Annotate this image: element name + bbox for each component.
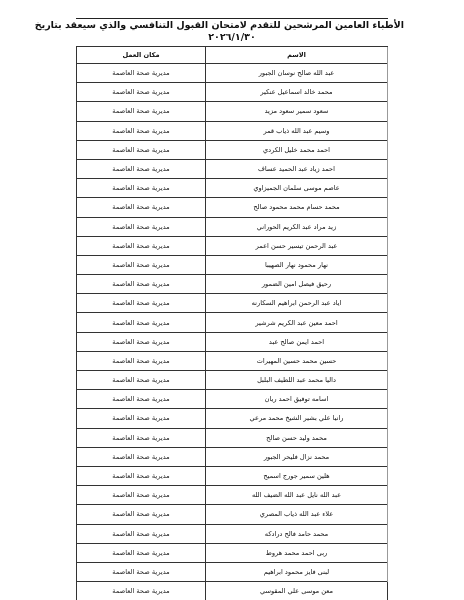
table-row: سعود سمير سعود مزيدمديرية صحة العاصمة [77,102,388,121]
cell-workplace: مديرية صحة العاصمة [77,486,206,505]
cell-name: ربى احمد محمد هروط [206,543,388,562]
cell-name: وسيم عبد الله ذياب قمر [206,121,388,140]
table-body: عبد الله صالح نوسان الجبورمديرية صحة الع… [77,64,388,600]
cell-workplace: مديرية صحة العاصمة [77,582,206,600]
cell-name: هلين سمير جورج اسميح [206,466,388,485]
cell-workplace: مديرية صحة العاصمة [77,121,206,140]
column-header-name: الاسم [206,47,388,64]
cell-workplace: مديرية صحة العاصمة [77,313,206,332]
table-row: اياد عبد الرحمن ابراهيم السكارنهمديرية ص… [77,294,388,313]
cell-workplace: مديرية صحة العاصمة [77,505,206,524]
table-row: احمد ايمن صالح عبدمديرية صحة العاصمة [77,332,388,351]
table-row: لبنى فايز محمود ابراهيممديرية صحة العاصم… [77,562,388,581]
cell-name: عبد الله نايل عبد الله الضيف الله [206,486,388,505]
cell-name: محمد خالد اسماعيل عنكير [206,83,388,102]
cell-name: داليا محمد عبد اللطيف البلبل [206,371,388,390]
cell-workplace: مديرية صحة العاصمة [77,524,206,543]
table-edge-shadow [387,47,388,582]
table-header-row: الاسم مكان العمل [77,47,388,64]
cell-name: اياد عبد الرحمن ابراهيم السكارنه [206,294,388,313]
table-row: عبد الرحمن تيسير حسن اعمرمديرية صحة العا… [77,236,388,255]
cell-workplace: مديرية صحة العاصمة [77,140,206,159]
cell-name: سعود سمير سعود مزيد [206,102,388,121]
candidates-table: الاسم مكان العمل عبد الله صالح نوسان الج… [76,46,388,600]
table-row: محمد نزال فليحر الجبورمديرية صحة العاصمة [77,447,388,466]
table-row: زيد مراد عبد الكريم الحورانيمديرية صحة ا… [77,217,388,236]
table-row: معن موسى علي المقوسيمديرية صحة العاصمة [77,582,388,600]
column-header-workplace: مكان العمل [77,47,206,64]
cell-name: معن موسى علي المقوسي [206,582,388,600]
cell-workplace: مديرية صحة العاصمة [77,179,206,198]
cell-name: محمد حسام محمد محمود صالح [206,198,388,217]
cell-name: احمد زياد عبد الحميد عساف [206,159,388,178]
cell-workplace: مديرية صحة العاصمة [77,447,206,466]
cell-name: عبد الرحمن تيسير حسن اعمر [206,236,388,255]
top-rule [76,18,388,19]
cell-name: احمد ايمن صالح عبد [206,332,388,351]
cell-name: لبنى فايز محمود ابراهيم [206,562,388,581]
table-row: عبد الله صالح نوسان الجبورمديرية صحة الع… [77,64,388,83]
table-row: داليا محمد عبد اللطيف البلبلمديرية صحة ا… [77,371,388,390]
cell-workplace: مديرية صحة العاصمة [77,409,206,428]
cell-workplace: مديرية صحة العاصمة [77,543,206,562]
table-row: عبد الله نايل عبد الله الضيف اللهمديرية … [77,486,388,505]
cell-name: احمد معين عبد الكريم شرشير [206,313,388,332]
cell-workplace: مديرية صحة العاصمة [77,371,206,390]
table-row: رانيا علي بشير الشيخ محمد مرعيمديرية صحة… [77,409,388,428]
table-row: علاء عبد الله ذياب المصريمديرية صحة العا… [77,505,388,524]
cell-name: محمد حامد فالح درادكه [206,524,388,543]
table-row: محمد حسام محمد محمود صالحمديرية صحة العا… [77,198,388,217]
table-row: هلين سمير جورج اسميحمديرية صحة العاصمة [77,466,388,485]
table-row: محمد خالد اسماعيل عنكيرمديرية صحة العاصم… [77,83,388,102]
table-row: احمد معين عبد الكريم شرشيرمديرية صحة الع… [77,313,388,332]
cell-name: عبد الله صالح نوسان الجبور [206,64,388,83]
cell-workplace: مديرية صحة العاصمة [77,64,206,83]
title-line-1: الأطباء العامين المرشحين للتقدم لامتحان … [60,20,404,32]
cell-name: حسين محمد حسين المهيرات [206,351,388,370]
table-row: ربى احمد محمد هروطمديرية صحة العاصمة [77,543,388,562]
cell-name: زيد مراد عبد الكريم الحوراني [206,217,388,236]
table-row: محمد وليد حسن صالحمديرية صحة العاصمة [77,428,388,447]
cell-workplace: مديرية صحة العاصمة [77,428,206,447]
cell-workplace: مديرية صحة العاصمة [77,275,206,294]
cell-workplace: مديرية صحة العاصمة [77,217,206,236]
cell-workplace: مديرية صحة العاصمة [77,102,206,121]
table-row: احمد زياد عبد الحميد عسافمديرية صحة العا… [77,159,388,178]
cell-name: علاء عبد الله ذياب المصري [206,505,388,524]
document-title: الأطباء العامين المرشحين للتقدم لامتحان … [60,20,404,44]
table-row: وسيم عبد الله ذياب قمرمديرية صحة العاصمة [77,121,388,140]
table-row: عاصم موسى سلمان الجميزاويمديرية صحة العا… [77,179,388,198]
cell-workplace: مديرية صحة العاصمة [77,390,206,409]
cell-name: عاصم موسى سلمان الجميزاوي [206,179,388,198]
table-row: رحيق فيصل امين الضمورمديرية صحة العاصمة [77,275,388,294]
cell-workplace: مديرية صحة العاصمة [77,332,206,351]
table-row: نهار محمود نهار الصهيبامديرية صحة العاصم… [77,255,388,274]
cell-workplace: مديرية صحة العاصمة [77,83,206,102]
table-row: اسامه توفيق احمد ريانمديرية صحة العاصمة [77,390,388,409]
cell-workplace: مديرية صحة العاصمة [77,294,206,313]
cell-workplace: مديرية صحة العاصمة [77,198,206,217]
cell-workplace: مديرية صحة العاصمة [77,159,206,178]
table-row: محمد حامد فالح درادكهمديرية صحة العاصمة [77,524,388,543]
table-row: حسين محمد حسين المهيراتمديرية صحة العاصم… [77,351,388,370]
cell-name: رانيا علي بشير الشيخ محمد مرعي [206,409,388,428]
cell-workplace: مديرية صحة العاصمة [77,562,206,581]
cell-workplace: مديرية صحة العاصمة [77,351,206,370]
cell-workplace: مديرية صحة العاصمة [77,255,206,274]
cell-name: رحيق فيصل امين الضمور [206,275,388,294]
cell-name: محمد وليد حسن صالح [206,428,388,447]
cell-name: اسامه توفيق احمد ريان [206,390,388,409]
cell-workplace: مديرية صحة العاصمة [77,236,206,255]
cell-name: احمد محمد خليل الكردي [206,140,388,159]
title-date: ٢٠٢٦/١/٣٠ [60,32,404,44]
table-row: احمد محمد خليل الكرديمديرية صحة العاصمة [77,140,388,159]
cell-name: محمد نزال فليحر الجبور [206,447,388,466]
cell-name: نهار محمود نهار الصهيبا [206,255,388,274]
cell-workplace: مديرية صحة العاصمة [77,466,206,485]
